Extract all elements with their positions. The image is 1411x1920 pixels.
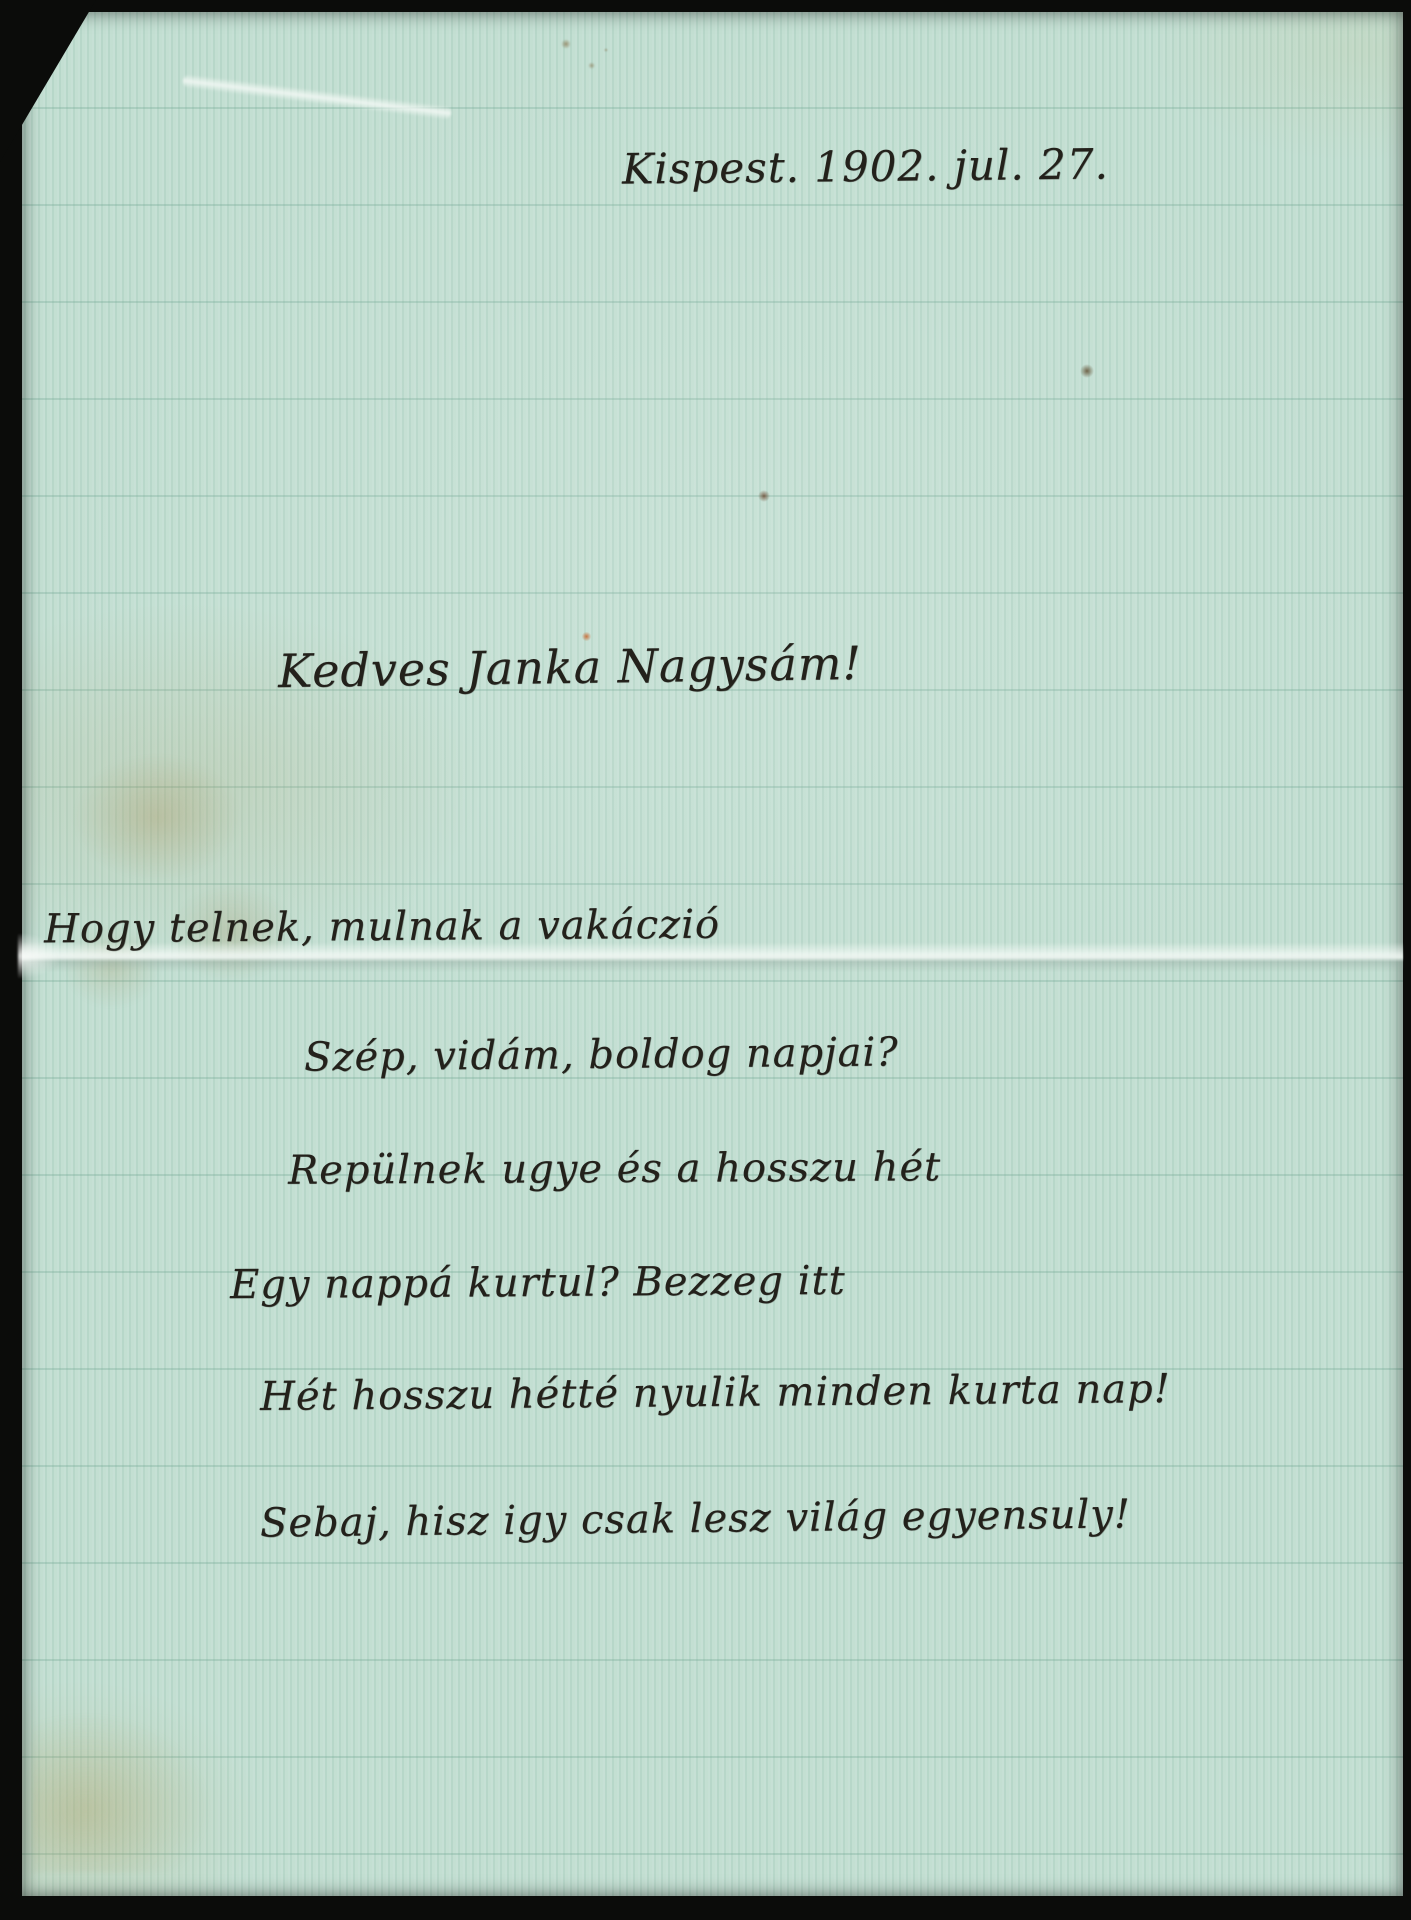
stain-bottom-left — [32, 1712, 212, 1872]
handwritten-body-line: Sebaj, hisz igy csak lesz világ egyensul… — [260, 1491, 1131, 1546]
handwritten-body-line: Repülnek ugye és a hosszu hét — [288, 1144, 941, 1193]
handwritten-body-line: Hogy telnek, mulnak a vakáczió — [44, 902, 720, 953]
paper-crease-top — [182, 74, 452, 121]
stain-dot-center — [758, 490, 770, 502]
scanned-letter: Kispest. 1902. jul. 27. Kedves Janka Nag… — [0, 0, 1411, 1920]
stain-top-specks — [542, 26, 622, 86]
handwritten-body-line: Szép, vidám, boldog napjai? — [304, 1029, 899, 1080]
handwritten-body-line: Hét hosszu hétté nyulik minden kurta nap… — [260, 1366, 1171, 1420]
handwritten-body-line: Egy nappá kurtul? Bezzeg itt — [230, 1258, 846, 1308]
handwritten-salutation: Kedves Janka Nagysám! — [278, 636, 863, 698]
letter-paper: Kispest. 1902. jul. 27. Kedves Janka Nag… — [22, 12, 1403, 1896]
stain-left-blotch — [52, 702, 352, 1032]
stain-dot-right — [1080, 364, 1094, 378]
handwritten-dateline: Kispest. 1902. jul. 27. — [622, 139, 1109, 193]
